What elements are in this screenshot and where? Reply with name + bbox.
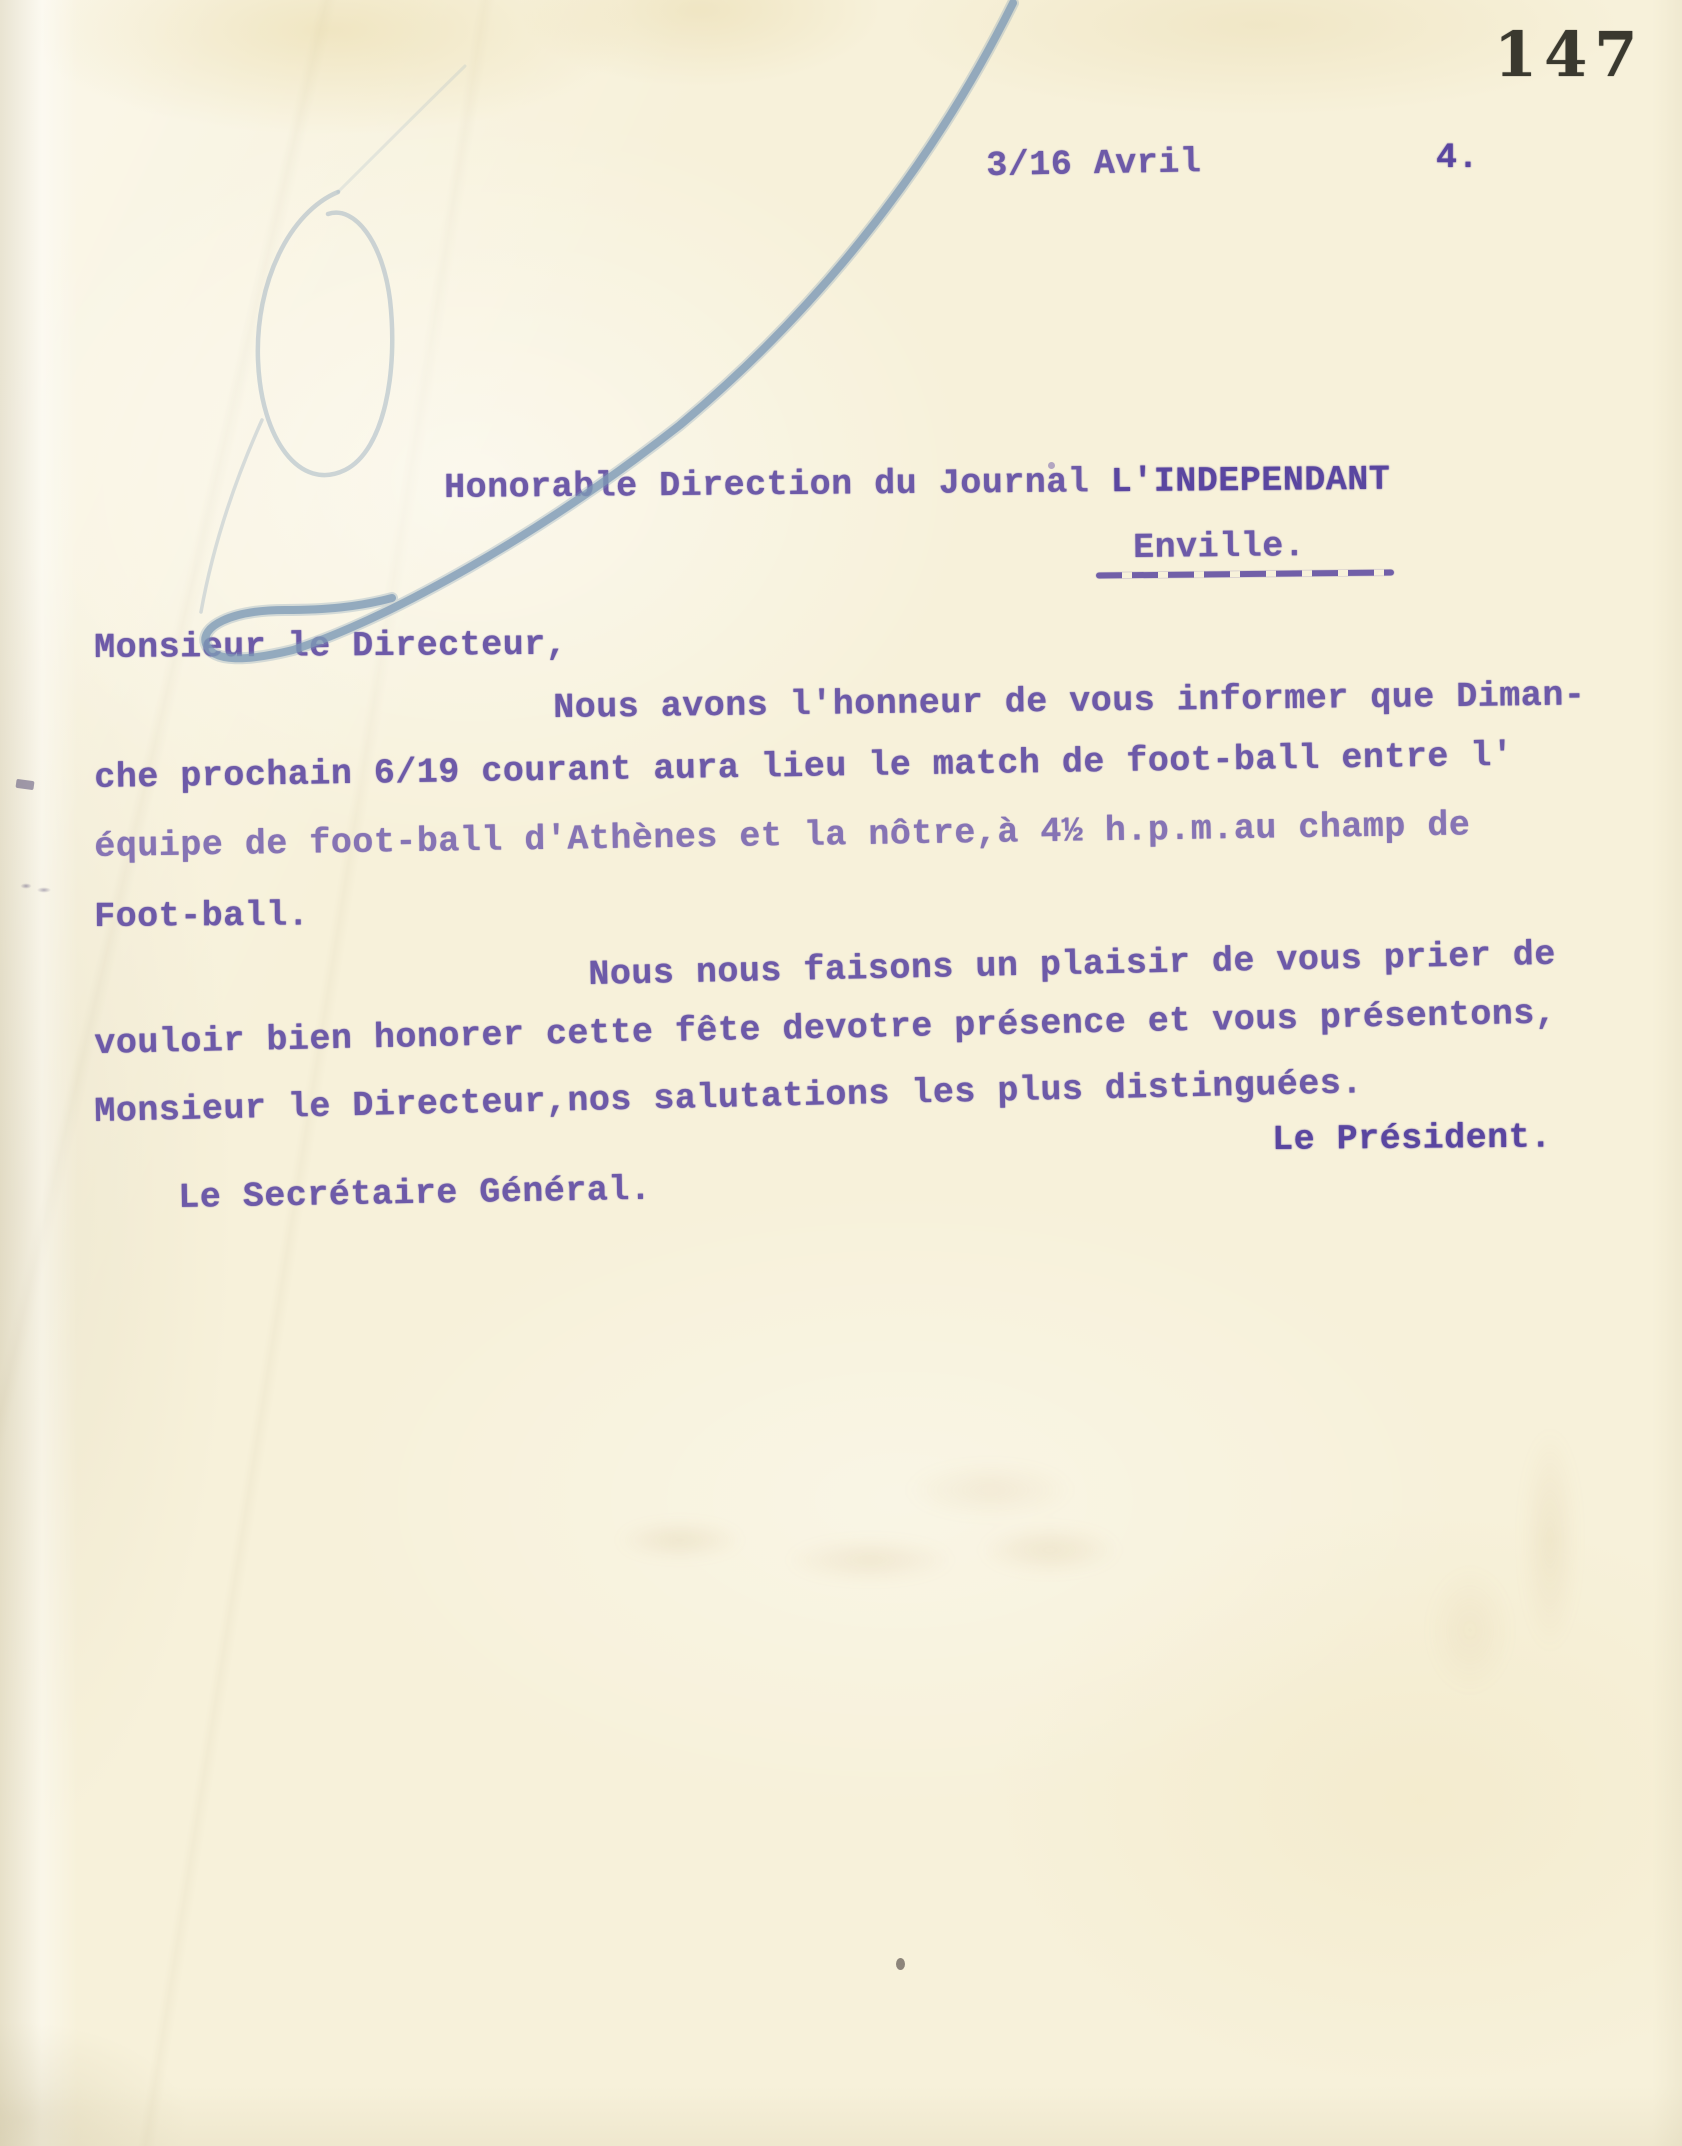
body-line: Monsieur le Directeur,nos salutations le… bbox=[94, 1063, 1363, 1132]
salutation: Monsieur le Directeur, bbox=[94, 625, 567, 668]
addressee-city: Enville. bbox=[1133, 526, 1305, 568]
letter-page: 147 3/16 Avril 4. Honorable Direction du… bbox=[0, 0, 1682, 2146]
ink-transfer-ghost bbox=[570, 1430, 1150, 1600]
addressee-name: L'INDEPENDANT bbox=[1111, 460, 1391, 502]
body-line: Nous nous faisons un plaisir de vous pri… bbox=[588, 935, 1556, 995]
folio-number-stamp: 147 bbox=[1494, 18, 1644, 91]
margin-mark bbox=[16, 878, 56, 898]
body-line: Foot-ball. bbox=[94, 895, 309, 937]
city-underline bbox=[1096, 569, 1394, 578]
addressee-line: Honorable Direction du Journal L'INDEPEN… bbox=[444, 460, 1390, 508]
blue-pencil-mark bbox=[0, 0, 1682, 2146]
ink-transfer-ghost bbox=[1380, 1330, 1620, 1750]
date-line: 3/16 Avril bbox=[986, 142, 1202, 186]
body-line: che prochain 6/19 courant aura lieu le m… bbox=[94, 736, 1514, 798]
paper-speck bbox=[896, 1958, 905, 1970]
addressee-prefix: Honorable Direction du Journal bbox=[444, 462, 1111, 508]
margin-mark bbox=[15, 779, 34, 790]
body-line: vouloir bien honorer cette fête devotre … bbox=[94, 993, 1557, 1064]
signature-president: Le Président. bbox=[1272, 1118, 1552, 1160]
page-mark: 4. bbox=[1436, 138, 1479, 178]
body-line: Nous avons l'honneur de vous informer qu… bbox=[553, 675, 1586, 728]
body-line: équipe de foot-ball d'Athènes et la nôtr… bbox=[94, 805, 1471, 867]
signature-secretary: Le Secrétaire Général. bbox=[178, 1170, 652, 1218]
